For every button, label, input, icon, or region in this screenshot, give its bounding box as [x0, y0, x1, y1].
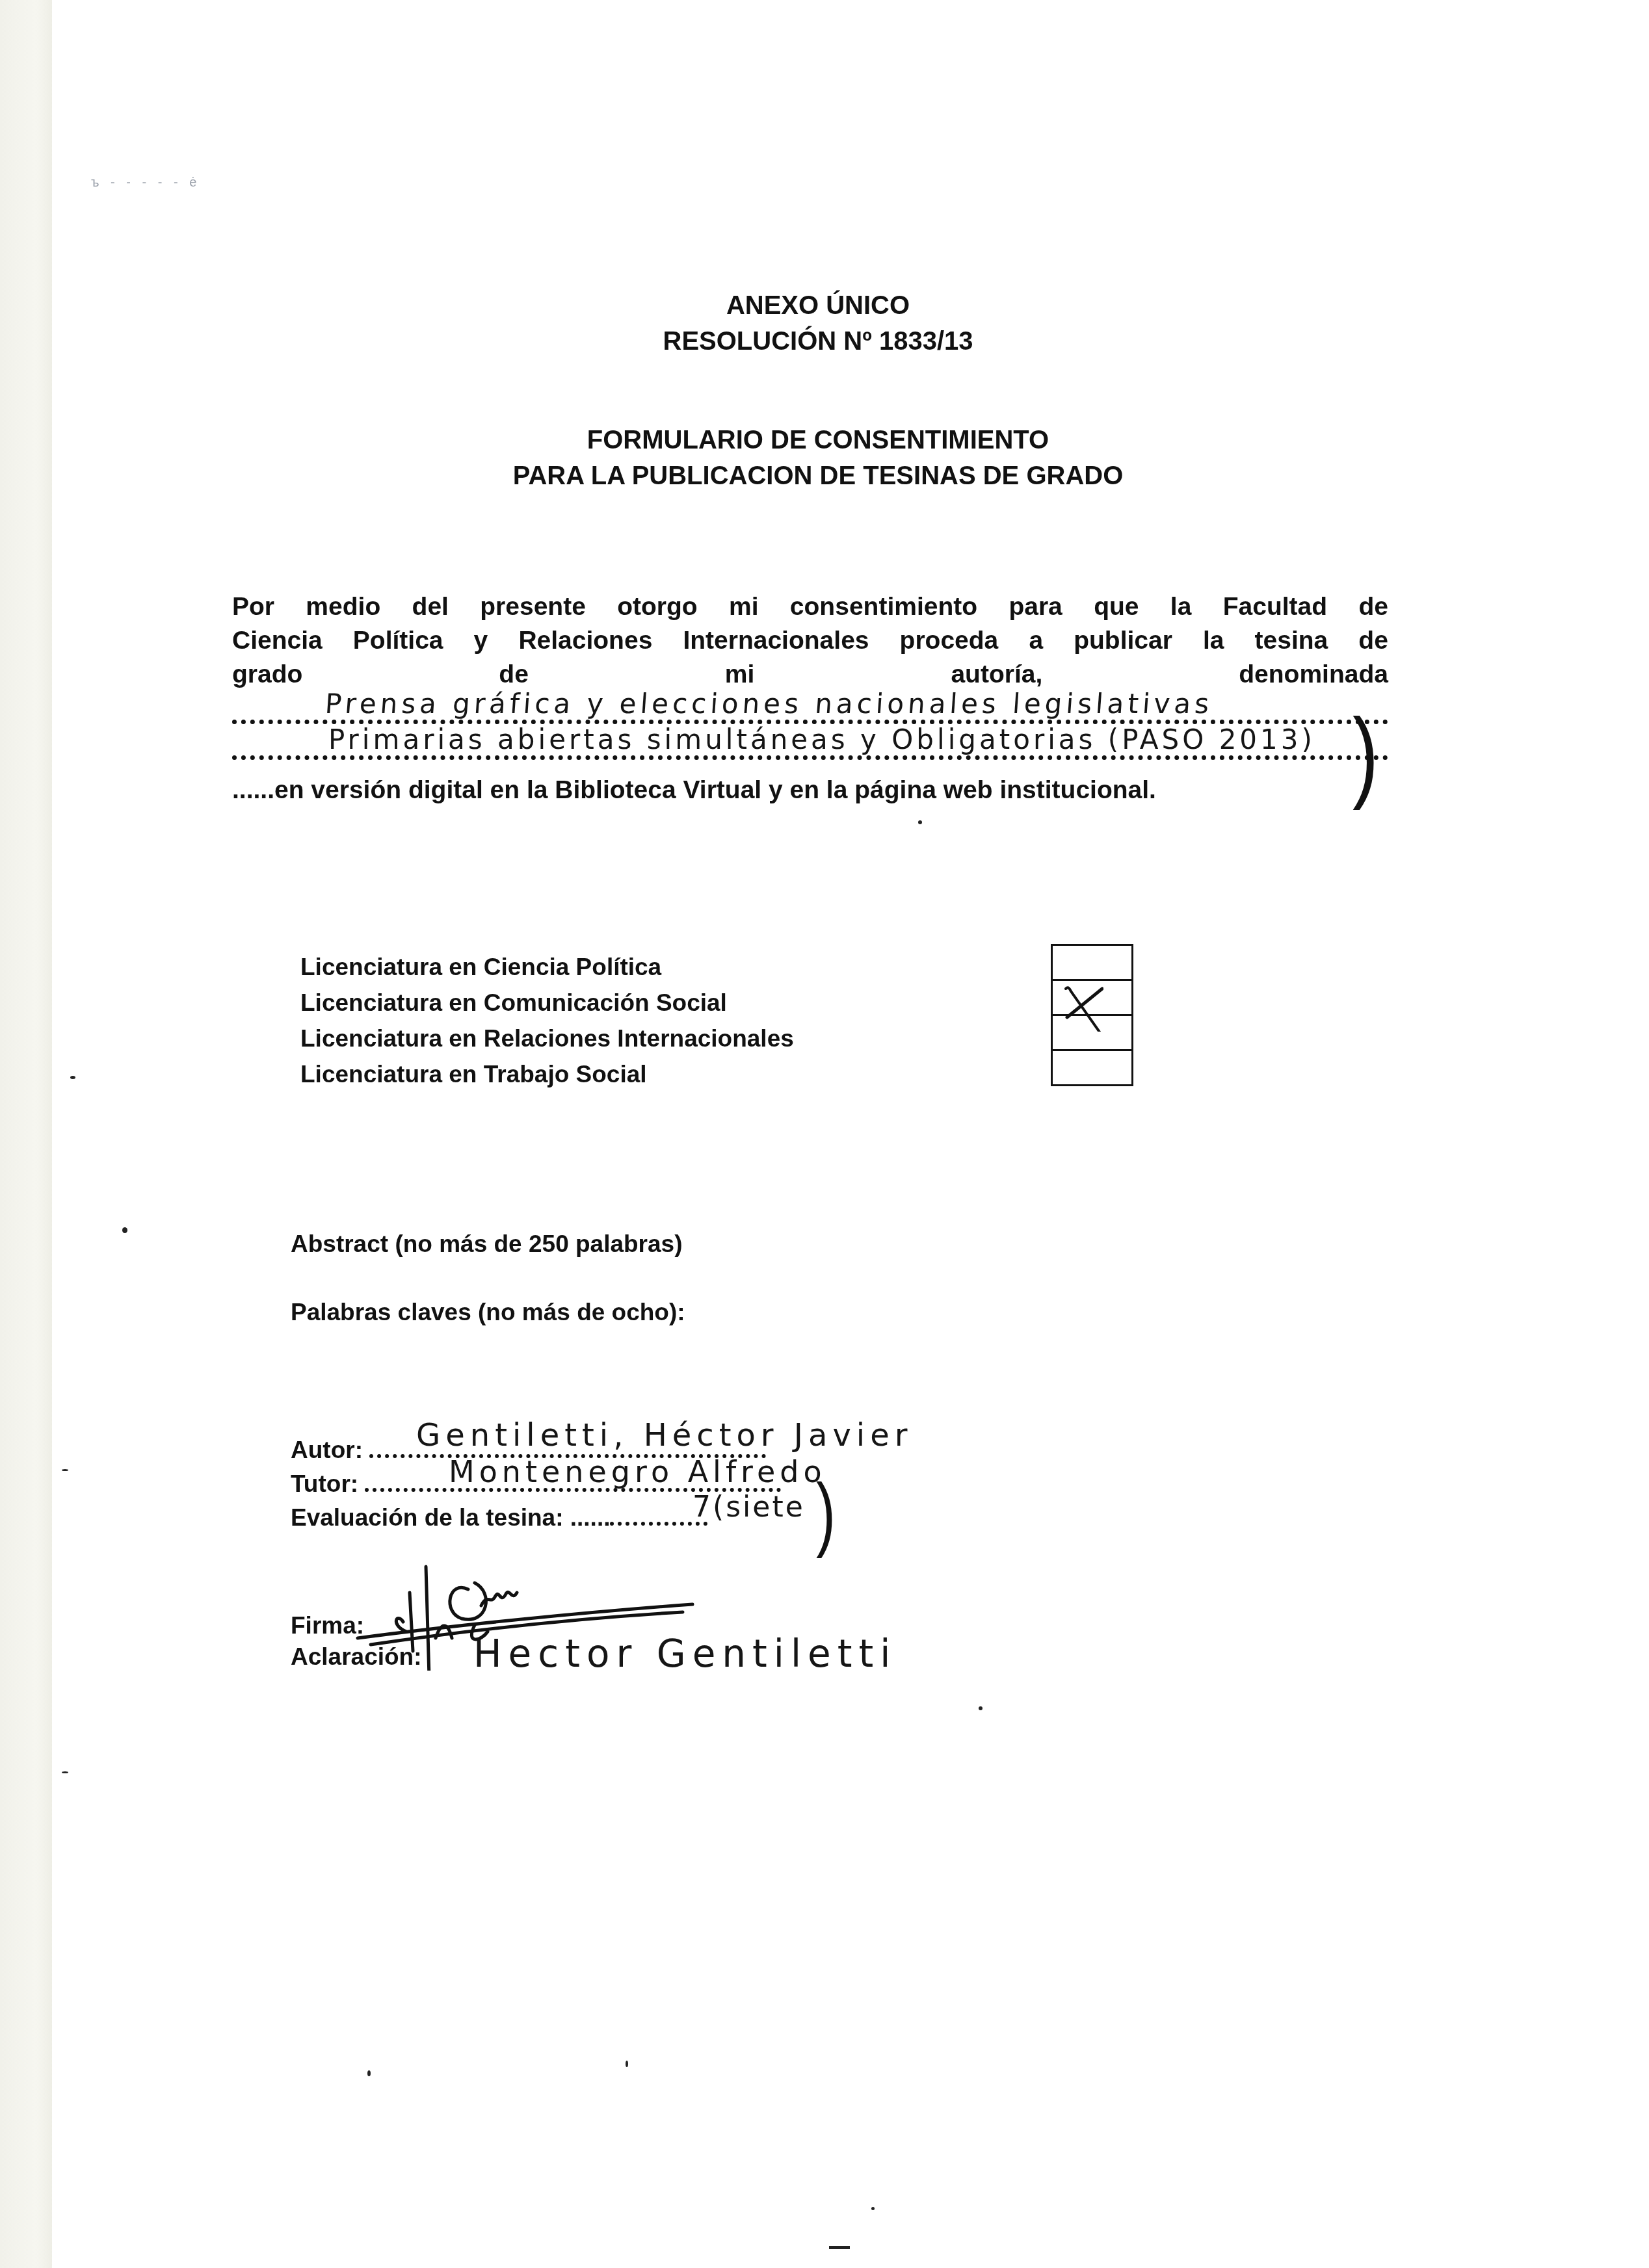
paragraph-word: presente [480, 593, 586, 621]
thesis-title-handwritten-line1: Prensa gráfica y elecciones nacionales l… [324, 688, 1214, 720]
checkbox-relaciones-internacionales[interactable] [1051, 1014, 1133, 1049]
degree-ciencia-politica: Licenciatura en Ciencia Política [300, 949, 794, 985]
paragraph-word: de [1358, 627, 1388, 655]
degree-list: Licenciatura en Ciencia Política Licenci… [300, 949, 794, 1092]
scan-speck [62, 1771, 68, 1773]
clarification-handwritten: Hector Gentiletti [473, 1632, 897, 1676]
evaluation-handwritten: 7(siete [693, 1491, 805, 1524]
paragraph-word: Internacionales [683, 627, 869, 655]
paragraph-word: publicar [1074, 627, 1172, 655]
author-label: Autor: [291, 1437, 363, 1463]
paragraph-word: que [1094, 593, 1139, 621]
paragraph-word: la [1170, 593, 1192, 621]
form-title-line2: PARA LA PUBLICACION DE TESINAS DE GRADO [0, 462, 1642, 491]
consent-line-4: ......en versión digital en la Bibliotec… [232, 776, 1156, 805]
thesis-title-handwritten-line2: Primarias abiertas simultáneas y Obligat… [328, 723, 1315, 755]
degree-checkbox-column [1051, 944, 1133, 1086]
evaluation-label: Evaluación de la tesina: [291, 1504, 563, 1531]
resolution-heading: RESOLUCIÓN Nº 1833/13 [0, 327, 1642, 356]
checkbox-trabajo-social[interactable] [1051, 1049, 1133, 1086]
scan-speck [62, 1469, 68, 1471]
paragraph-word: Ciencia [232, 627, 323, 655]
abstract-label: Abstract (no más de 250 palabras) [291, 1231, 683, 1258]
scan-speck [871, 2207, 875, 2210]
paragraph-word: autoría, [951, 660, 1042, 689]
evaluation-row: Evaluación de la tesina: ...... [291, 1504, 707, 1532]
degree-trabajo-social: Licenciatura en Trabajo Social [300, 1056, 794, 1092]
thesis-title-dotted-line-2[interactable] [232, 755, 1388, 762]
paragraph-word: grado [232, 660, 302, 689]
tutor-handwritten: Montenegro Alfredo [449, 1454, 826, 1489]
paragraph-word: de [499, 660, 529, 689]
paragraph-word: Política [353, 627, 443, 655]
paragraph-word: Relaciones [518, 627, 652, 655]
scan-speck [626, 2061, 628, 2067]
checkbox-ciencia-politica[interactable] [1051, 944, 1133, 979]
evaluation-prefix: ...... [570, 1504, 611, 1531]
scan-artifact-bottom [829, 2246, 850, 2249]
paragraph-word: mi [729, 593, 759, 621]
paragraph-word: para [1009, 593, 1062, 621]
scan-speck [367, 2070, 371, 2076]
consent-line-1: Pormediodelpresenteotorgomiconsentimient… [232, 593, 1388, 621]
paragraph-word: la [1203, 627, 1224, 655]
form-title-line1: FORMULARIO DE CONSENTIMIENTO [0, 426, 1642, 455]
degree-relaciones-internacionales: Licenciatura en Relaciones Internacional… [300, 1021, 794, 1056]
author-handwritten: Gentiletti, Héctor Javier [416, 1417, 912, 1453]
evaluation-bracket: ) [816, 1467, 836, 1561]
scan-speck [918, 820, 922, 824]
paragraph-word: mi [725, 660, 755, 689]
paragraph-word: denominada [1239, 660, 1388, 689]
faint-scan-mark: ъ ‑ ‑ ‑ ‑ ‑ ė [91, 176, 200, 190]
tutor-label: Tutor: [291, 1470, 358, 1497]
checkbox-comunicacion-social[interactable] [1051, 979, 1133, 1014]
paragraph-word: a [1029, 627, 1043, 655]
annex-heading: ANEXO ÚNICO [0, 291, 1642, 320]
consent-line-3: gradodemiautoría,denominada [232, 660, 1388, 689]
scan-speck [979, 1706, 983, 1710]
handwritten-bracket: ) [1352, 696, 1379, 813]
paragraph-word: medio [306, 593, 380, 621]
paragraph-word: proceda [900, 627, 999, 655]
keywords-label: Palabras claves (no más de ocho): [291, 1299, 685, 1326]
paragraph-word: del [412, 593, 449, 621]
paragraph-word: otorgo [617, 593, 697, 621]
scan-speck [70, 1076, 75, 1079]
consent-line-2: CienciaPolíticayRelacionesInternacionale… [232, 627, 1388, 655]
paragraph-word: tesina [1255, 627, 1328, 655]
paragraph-word: Facultad [1223, 593, 1327, 621]
scan-speck [122, 1227, 127, 1233]
paragraph-word: consentimiento [790, 593, 977, 621]
degree-comunicacion-social: Licenciatura en Comunicación Social [300, 985, 794, 1021]
paragraph-word: y [474, 627, 488, 655]
paragraph-word: de [1358, 593, 1388, 621]
paragraph-word: Por [232, 593, 274, 621]
